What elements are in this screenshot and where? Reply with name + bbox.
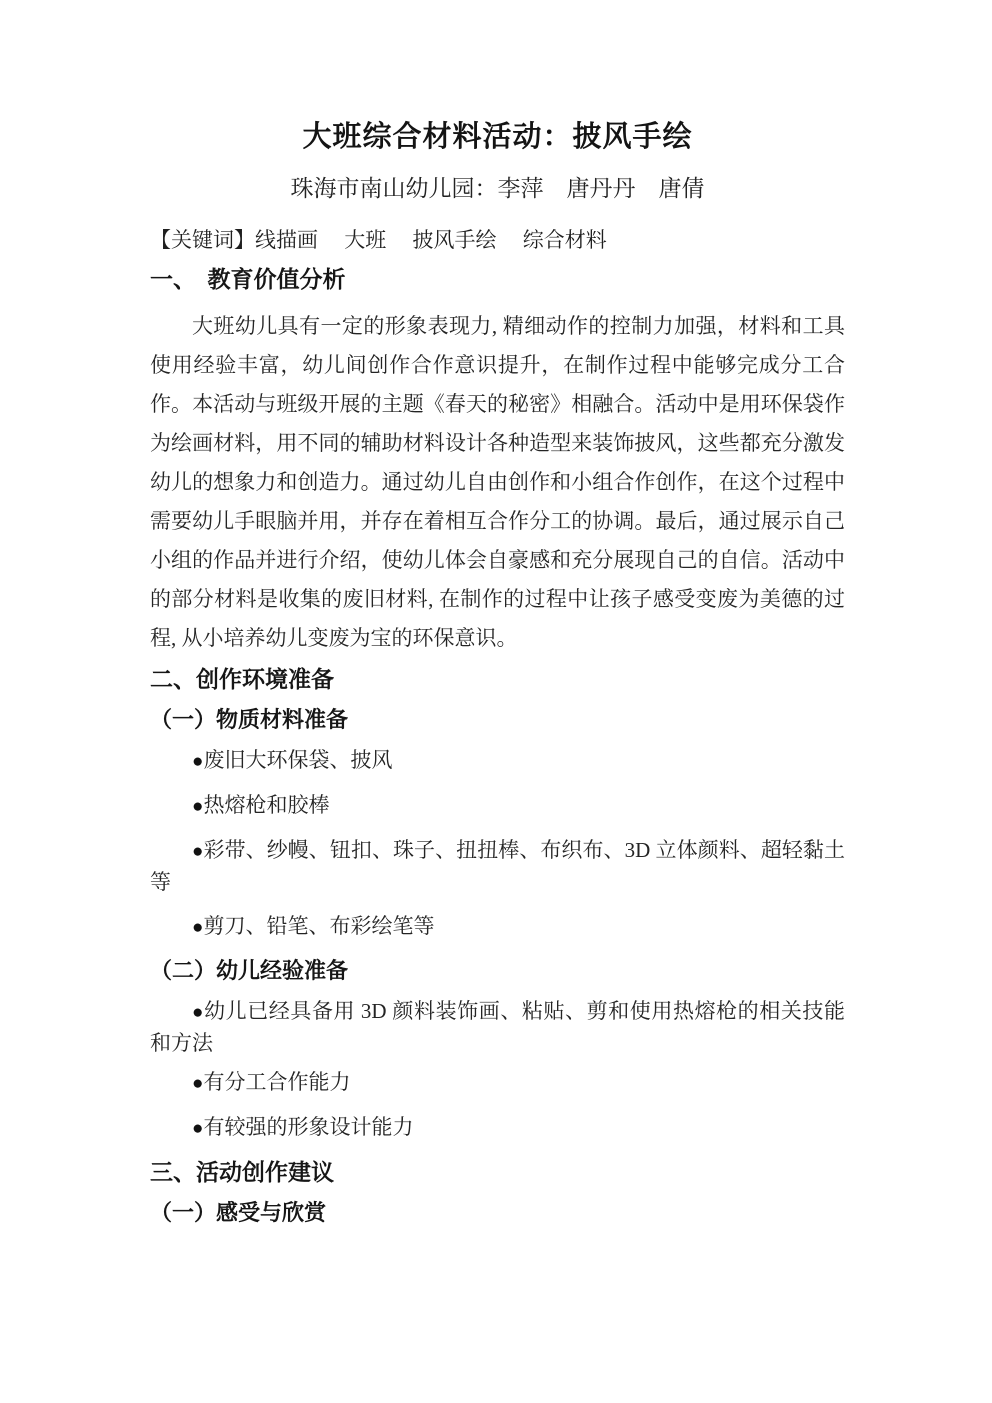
- section-1-paragraph: 大班幼儿具有一定的形象表现力, 精细动作的控制力加强，材料和工具使用经验丰富，幼…: [150, 307, 845, 658]
- material-item-text: 彩带、纱幔、钮扣、珠子、扭扭棒、布织布、3D 立体颜料、超轻黏土等: [150, 838, 845, 894]
- material-item-text: 剪刀、铅笔、布彩绘笔等: [203, 914, 434, 938]
- bullet-icon: ●: [192, 1002, 204, 1023]
- experience-list-item: ●有较强的形象设计能力: [150, 1112, 845, 1144]
- experience-item-text: 有较强的形象设计能力: [203, 1115, 413, 1139]
- section-2-2-heading: （二）幼儿经验准备: [150, 956, 845, 986]
- section-2-1-heading: （一）物质材料准备: [150, 705, 845, 735]
- section-3-heading: 三、活动创作建议: [150, 1157, 845, 1187]
- bullet-icon: ●: [192, 751, 203, 772]
- section-environment-prep: 二、创作环境准备 （一）物质材料准备 ●废旧大环保袋、披风 ●热熔枪和胶棒 ●彩…: [150, 664, 845, 1144]
- section-1-heading: 一、 教育价值分析: [150, 263, 845, 295]
- experience-item-text: 有分工合作能力: [203, 1070, 350, 1094]
- material-item-text: 热熔枪和胶棒: [203, 793, 329, 817]
- section-activity-suggestions: 三、活动创作建议 （一）感受与欣赏: [150, 1157, 845, 1228]
- experience-list-item: ●幼儿已经具备用 3D 颜料装饰画、粘贴、剪和使用热熔枪的相关技能和方法: [150, 996, 845, 1059]
- material-list-item: ●热熔枪和胶棒: [150, 790, 845, 822]
- section-3-1-heading: （一）感受与欣赏: [150, 1198, 845, 1228]
- material-list-item: ●废旧大环保袋、披风: [150, 745, 845, 777]
- material-list-item: ●剪刀、铅笔、布彩绘笔等: [150, 911, 845, 943]
- experience-item-text: 幼儿已经具备用 3D 颜料装饰画、粘贴、剪和使用热熔枪的相关技能和方法: [150, 999, 845, 1055]
- document-page: 大班综合材料活动：披风手绘 珠海市南山幼儿园：李萍 唐丹丹 唐倩 【关键词】线描…: [0, 0, 992, 1403]
- keywords-line: 【关键词】线描画 大班 披风手绘 综合材料: [150, 225, 845, 255]
- material-item-text: 废旧大环保袋、披风: [203, 748, 392, 772]
- keywords-text: 线描画 大班 披风手绘 综合材料: [255, 228, 607, 252]
- bullet-icon: ●: [192, 841, 204, 862]
- bullet-icon: ●: [192, 1118, 203, 1139]
- experience-list-item: ●有分工合作能力: [150, 1067, 845, 1099]
- document-title: 大班综合材料活动：披风手绘: [150, 117, 845, 157]
- bullet-icon: ●: [192, 917, 203, 938]
- keywords-label: 【关键词】: [150, 228, 255, 252]
- section-2-heading: 二、创作环境准备: [150, 664, 845, 694]
- material-list-item: ●彩带、纱幔、钮扣、珠子、扭扭棒、布织布、3D 立体颜料、超轻黏土等: [150, 835, 845, 898]
- section-education-value: 一、 教育价值分析 大班幼儿具有一定的形象表现力, 精细动作的控制力加强，材料和…: [150, 263, 845, 658]
- document-byline: 珠海市南山幼儿园：李萍 唐丹丹 唐倩: [150, 173, 845, 205]
- bullet-icon: ●: [192, 796, 203, 817]
- bullet-icon: ●: [192, 1073, 203, 1094]
